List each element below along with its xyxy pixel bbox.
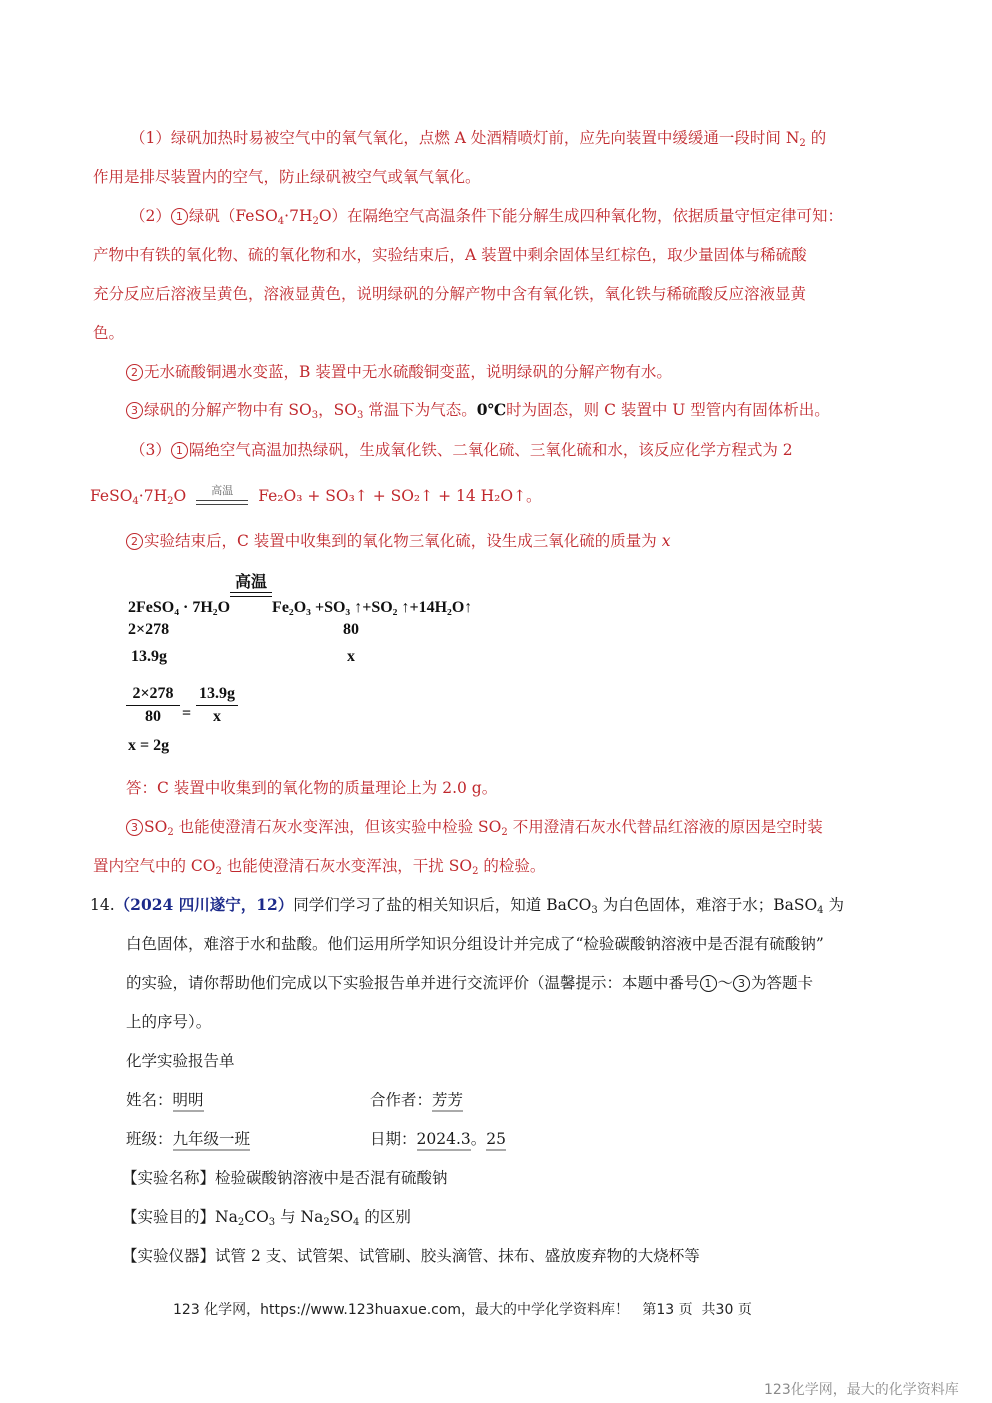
- text: ·7H: [139, 487, 167, 505]
- text: Fe₂O₃ +SO₃ ↑+SO₂ ↑+14H₂O↑: [272, 599, 472, 616]
- report-partner-field: 合作者：芳芳: [370, 1089, 463, 1111]
- text: ～: [718, 974, 734, 992]
- field-label: 【实验仪器】: [122, 1247, 215, 1265]
- report-exp-equipment: 【实验仪器】试管 2 支、试管架、试管刷、胶头滴管、抹布、盛放废弃物的大烧杯等: [122, 1245, 700, 1267]
- report-name-field: 姓名：明明: [126, 1089, 204, 1111]
- text: 的实验，请你帮助他们完成以下实验报告单并进行交流评价（温馨提示：本题中番号: [126, 974, 700, 992]
- circled-number: 1: [171, 442, 188, 459]
- text: 为答题卡: [751, 974, 813, 992]
- fraction-1: 2×278 80: [126, 685, 180, 726]
- condition-label: 高温: [230, 572, 272, 594]
- report-class-field: 班级：九年级一班: [126, 1128, 250, 1150]
- report-exp-name: 【实验名称】检验碳酸钠溶液中是否混有硫酸钠: [122, 1167, 448, 1189]
- field-label: 日期：: [370, 1130, 417, 1148]
- calc-row2-left: 13.9g: [131, 646, 167, 668]
- question-source: （2024 四川遂宁，12）: [115, 895, 294, 914]
- text: 无水硫酸铜遇水变蓝，B 装置中无水硫酸铜变蓝，说明绿矾的分解产物有水。: [144, 363, 672, 381]
- text: 也能使澄清石灰水变浑浊，干扰 SO: [222, 857, 472, 875]
- field-label: 姓名：: [126, 1091, 173, 1109]
- report-exp-purpose: 【实验目的】Na2CO3 与 Na2SO4 的区别: [122, 1206, 411, 1228]
- answer-2-line1: （2）1绿矾（FeSO4·7H2O）在隔绝空气高温条件下能分解生成四种氧化物，依…: [130, 205, 843, 227]
- calc-equation: 2FeSO₄ · 7H₂O高温Fe₂O₃ +SO₃ ↑+SO₂ ↑+14H₂O↑: [128, 592, 472, 619]
- text: （2）: [130, 207, 171, 225]
- answer-3-point2: 2实验结束后，C 装置中收集到的氧化物三氧化硫，设生成三氧化硫的质量为 x: [126, 530, 670, 552]
- text: ·7H: [284, 207, 312, 225]
- text: 的: [806, 129, 826, 147]
- text: O）在隔绝空气高温条件下能分解生成四种氧化物，依据质量守恒定律可知：: [319, 207, 843, 225]
- text: 的区别: [359, 1208, 410, 1226]
- text: ，SO: [318, 401, 357, 419]
- fraction-2: 13.9g x: [196, 685, 238, 726]
- text: SO: [330, 1208, 353, 1226]
- equals-sign: =: [182, 703, 191, 725]
- question-14-line2: 白色固体，难溶于水和盐酸。他们运用所学知识分组设计并完成了“检验碳酸钠溶液中是否…: [126, 933, 824, 955]
- document-page: （1）绿矾加热时易被空气中的氧气氧化，点燃 A 处酒精喷灯前，应先向装置中缓缓通…: [0, 0, 992, 1403]
- field-value: 25: [486, 1130, 506, 1151]
- text: 绿矾的分解产物中有 SO: [144, 401, 312, 419]
- text: 2FeSO₄ · 7H₂O: [128, 599, 230, 616]
- question-14-line1: 14.（2024 四川遂宁，12）同学们学习了盐的相关知识后，知道 BaCO3 …: [90, 894, 844, 916]
- field-label: 班级：: [126, 1130, 173, 1148]
- circled-number: 2: [126, 533, 143, 550]
- answer-1-line1: （1）绿矾加热时易被空气中的氧气氧化，点燃 A 处酒精喷灯前，应先向装置中缓缓通…: [130, 127, 826, 149]
- text: 为白色固体，难溶于水；BaSO: [598, 896, 817, 914]
- answer-2-point3: 3绿矾的分解产物中有 SO3，SO3 常温下为气态。0℃时为固态，则 C 装置中…: [126, 399, 830, 421]
- watermark: 123化学网，最大的化学资料库: [764, 1379, 959, 1399]
- calc-result: x = 2g: [128, 735, 169, 757]
- answer-3-point3-line1: 3SO2 也能使澄清石灰水变浑浊，但该实验中检验 SO2 不用澄清石灰水代替品红…: [126, 816, 823, 838]
- final-answer: 答：C 装置中收集到的氧化物的质量理论上为 2.0 g。: [126, 777, 497, 799]
- answer-2-line4: 色。: [93, 322, 124, 344]
- field-label: 【实验目的】: [122, 1208, 215, 1226]
- text: 隔绝空气高温加热绿矾，生成氧化铁、二氧化硫、三氧化硫和水，该反应化学方程式为 2: [189, 441, 793, 459]
- circled-number: 2: [126, 364, 143, 381]
- text: 与 Na: [275, 1208, 323, 1226]
- text: O: [173, 487, 186, 505]
- denominator: 80: [126, 706, 180, 726]
- condition-label: 高温: [196, 480, 248, 502]
- question-14-line3: 的实验，请你帮助他们完成以下实验报告单并进行交流评价（温馨提示：本题中番号1～3…: [126, 972, 813, 994]
- circled-number: 3: [733, 975, 750, 992]
- circled-number: 1: [700, 975, 717, 992]
- text: 。: [471, 1130, 487, 1148]
- field-value: 芳芳: [432, 1091, 463, 1112]
- field-label: 合作者：: [370, 1091, 432, 1109]
- variable: x: [662, 532, 671, 550]
- calc-row2-right: x: [347, 646, 355, 668]
- reaction-condition: 高温: [196, 486, 248, 508]
- field-value: 九年级一班: [173, 1130, 251, 1151]
- text: CO: [244, 1208, 269, 1226]
- text: 不用澄清石灰水代替品红溶液的原因是空时装: [508, 818, 823, 836]
- denominator: x: [196, 706, 238, 726]
- field-value: 2024.3: [417, 1130, 471, 1151]
- field-value: 检验碳酸钠溶液中是否混有硫酸钠: [215, 1169, 448, 1187]
- text: 同学们学习了盐的相关知识后，知道 BaCO: [293, 896, 591, 914]
- calc-row1-left: 2×278: [128, 619, 169, 641]
- answer-2-line3: 充分反应后溶液呈黄色，溶液显黄色，说明绿矾的分解产物中含有氧化铁，氧化铁与稀硫酸…: [93, 283, 806, 305]
- text: 也能使澄清石灰水变浑浊，但该实验中检验 SO: [174, 818, 502, 836]
- text: 的检验。: [478, 857, 545, 875]
- field-value: 试管 2 支、试管架、试管刷、胶头滴管、抹布、盛放废弃物的大烧杯等: [215, 1247, 700, 1265]
- text: 常温下为气态。: [363, 401, 476, 419]
- report-title: 化学实验报告单: [126, 1050, 235, 1072]
- question-number: 14.: [90, 896, 115, 914]
- text: 置内空气中的 CO: [93, 857, 216, 875]
- report-date-field: 日期：2024.3。25: [370, 1128, 506, 1150]
- field-label: 【实验名称】: [122, 1169, 215, 1187]
- text: FeSO: [90, 487, 132, 505]
- answer-2-line2: 产物中有铁的氧化物、硫的氧化物和水，实验结束后，A 装置中剩余固体呈红棕色，取少…: [93, 244, 807, 266]
- circled-number: 3: [126, 819, 143, 836]
- answer-3-point3-line2: 置内空气中的 CO2 也能使澄清石灰水变浑浊，干扰 SO2 的检验。: [93, 855, 545, 877]
- text: 实验结束后，C 装置中收集到的氧化物三氧化硫，设生成三氧化硫的质量为: [144, 532, 662, 550]
- text: （1）绿矾加热时易被空气中的氧气氧化，点燃 A 处酒精喷灯前，应先向装置中缓缓通…: [130, 129, 799, 147]
- calc-row1-right: 80: [343, 619, 359, 641]
- text: （3）: [130, 441, 171, 459]
- answer-1-line2: 作用是排尽装置内的空气，防止绿矾被空气或氧气氧化。: [93, 166, 481, 188]
- numerator: 13.9g: [196, 685, 238, 706]
- field-value: 明明: [173, 1091, 204, 1112]
- calc-condition: 高温: [230, 592, 272, 612]
- answer-2-point2: 2无水硫酸铜遇水变蓝，B 装置中无水硫酸铜变蓝，说明绿矾的分解产物有水。: [126, 361, 672, 383]
- text: Fe₂O₃ + SO₃↑ + SO₂↑ + 14 H₂O↑。: [258, 487, 541, 505]
- page-footer: 123 化学网，https://www.123huaxue.com，最大的中学化…: [173, 1299, 752, 1319]
- text: 绿矾（FeSO: [189, 207, 278, 225]
- circled-number: 3: [126, 402, 143, 419]
- text: 为: [824, 896, 844, 914]
- text: 0℃: [477, 400, 506, 419]
- text: SO: [144, 818, 167, 836]
- question-14-line4: 上的序号）。: [126, 1011, 211, 1033]
- reaction-equation: FeSO4·7H2O高温Fe₂O₃ + SO₃↑ + SO₂↑ + 14 H₂O…: [90, 485, 542, 508]
- circled-number: 1: [171, 208, 188, 225]
- text: 时为固态，则 C 装置中 U 型管内有固体析出。: [506, 401, 830, 419]
- answer-3-line1: （3）1隔绝空气高温加热绿矾，生成氧化铁、二氧化硫、三氧化硫和水，该反应化学方程…: [130, 439, 793, 461]
- text: Na: [215, 1208, 238, 1226]
- numerator: 2×278: [126, 685, 180, 706]
